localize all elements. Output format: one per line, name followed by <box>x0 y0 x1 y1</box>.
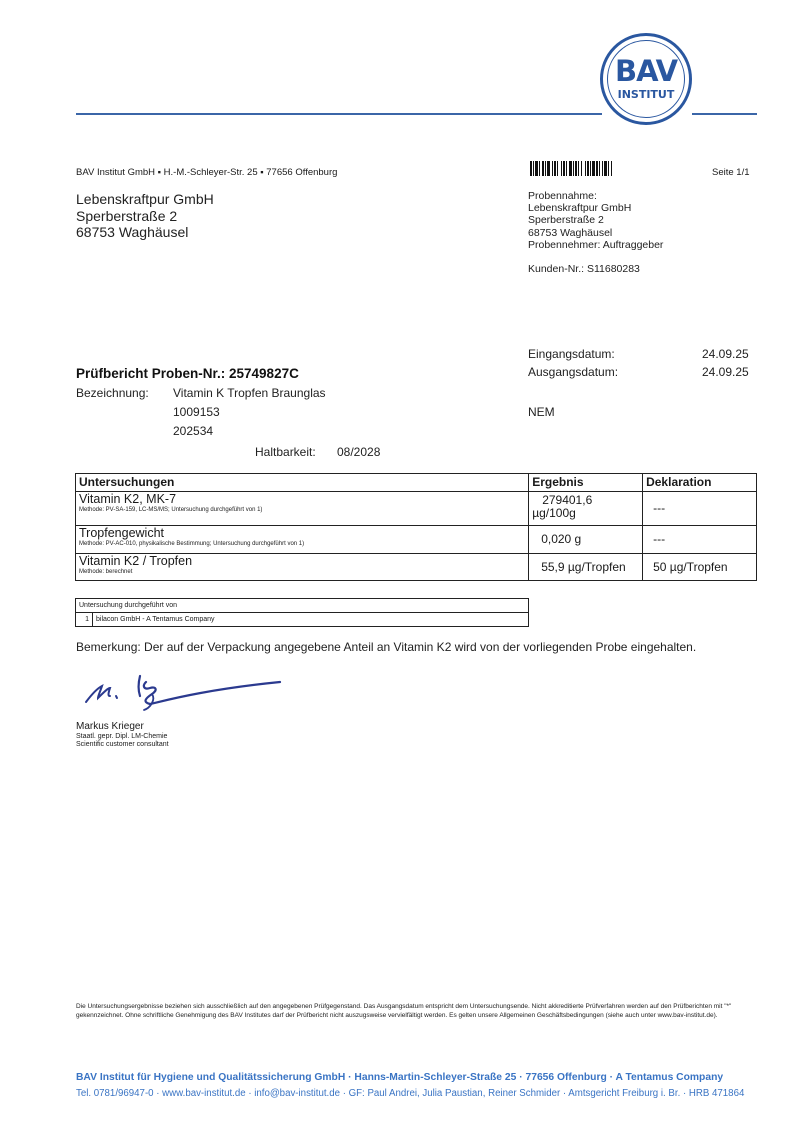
footer-company-line: BAV Institut für Hygiene und Qualitätssi… <box>76 1072 723 1083</box>
table-row: 1 bilacon GmbH - A Tentamus Company <box>76 613 529 627</box>
designation-value: Vitamin K Tropfen Braunglas <box>173 386 326 400</box>
issued-label: Ausgangsdatum: <box>528 365 618 379</box>
designation-label: Bezeichnung: <box>76 386 149 400</box>
page-number: Seite 1/1 <box>712 167 750 178</box>
lab-number: 1 <box>76 613 93 627</box>
disclaimer: Die Untersuchungsergebnisse beziehen sic… <box>76 1003 766 1020</box>
labs-header: Untersuchung durchgeführt von <box>76 599 529 613</box>
header-rule-right <box>692 113 757 115</box>
analysis-method: Methode: PV-SA-159, LC-MS/MS; Untersuchu… <box>79 506 525 514</box>
declaration-value: --- <box>643 526 757 554</box>
result-value: 55,9 µg/Tropfen <box>529 554 643 581</box>
recipient-street: Sperberstraße 2 <box>76 208 214 225</box>
signature-image <box>80 672 290 714</box>
recipient-address: Lebenskraftpur GmbH Sperberstraße 2 6875… <box>76 191 214 241</box>
footer-contact-line: Tel. 0781/96947-0 · www.bav-institut.de … <box>76 1088 744 1099</box>
designation-line2: 1009153 <box>173 405 220 419</box>
received-date: 24.09.25 <box>702 347 749 361</box>
results-header-row: Untersuchungen Ergebnis Deklaration <box>76 474 757 492</box>
declaration-value: 50 µg/Tropfen <box>643 554 757 581</box>
results-table: Untersuchungen Ergebnis Deklaration Vita… <box>75 473 757 581</box>
header-rule-left <box>76 113 602 115</box>
sampling-label: Probennahme: <box>528 190 663 202</box>
labs-table: Untersuchung durchgeführt von 1 bilacon … <box>75 598 529 627</box>
sender-line: BAV Institut GmbH ▪ H.-M.-Schleyer-Str. … <box>76 167 337 178</box>
analysis-name: Vitamin K2 / Tropfen <box>79 554 525 568</box>
analysis-method: Methode: berechnet <box>79 568 525 576</box>
analysis-method: Methode: PV-AC-010, physikalische Bestim… <box>79 540 525 548</box>
bav-institut-logo: BAV INSTITUT <box>600 33 692 125</box>
sampling-street: Sperberstraße 2 <box>528 214 663 226</box>
analysis-name: Tropfengewicht <box>79 526 525 540</box>
declaration-value: --- <box>643 492 757 526</box>
logo-brand: BAV <box>603 56 689 86</box>
result-value: 0,020 g <box>529 526 643 554</box>
barcode <box>530 161 670 176</box>
customer-number: Kunden-Nr.: S11680283 <box>528 263 663 275</box>
sampling-name: Lebenskraftpur GmbH <box>528 202 663 214</box>
recipient-name: Lebenskraftpur GmbH <box>76 191 214 208</box>
recipient-city: 68753 Waghäusel <box>76 224 214 241</box>
logo-subtitle: INSTITUT <box>603 89 689 101</box>
received-label: Eingangsdatum: <box>528 347 615 361</box>
sampling-city: 68753 Waghäusel <box>528 227 663 239</box>
sampler: Probennehmer: Auftraggeber <box>528 239 663 251</box>
table-row: Vitamin K2, MK-7 Methode: PV-SA-159, LC-… <box>76 492 757 526</box>
table-row: Vitamin K2 / Tropfen Methode: berechnet … <box>76 554 757 581</box>
report-title: Prüfbericht Proben-Nr.: 25749827C <box>76 366 299 381</box>
header-result: Ergebnis <box>529 474 643 492</box>
sample-category: NEM <box>528 405 555 419</box>
issued-date: 24.09.25 <box>702 365 749 379</box>
remark: Bemerkung: Der auf der Verpackung angege… <box>76 640 696 654</box>
sampling-info: Probennahme: Lebenskraftpur GmbH Sperber… <box>528 190 663 275</box>
shelf-life-value: 08/2028 <box>337 445 380 459</box>
designation-line3: 202534 <box>173 424 213 438</box>
lab-name: bilacon GmbH - A Tentamus Company <box>93 613 529 627</box>
header-analysis: Untersuchungen <box>76 474 529 492</box>
header-declaration: Deklaration <box>643 474 757 492</box>
signatory-name: Markus Krieger <box>76 721 144 732</box>
table-row: Tropfengewicht Methode: PV-AC-010, physi… <box>76 526 757 554</box>
result-unit: µg/100g <box>532 507 639 520</box>
shelf-life-label: Haltbarkeit: <box>255 445 316 459</box>
signatory-role: Scientific customer consultant <box>76 741 169 749</box>
analysis-name: Vitamin K2, MK-7 <box>79 492 525 506</box>
signatory-title: Staatl. gepr. Dipl. LM-Chemie <box>76 733 167 741</box>
